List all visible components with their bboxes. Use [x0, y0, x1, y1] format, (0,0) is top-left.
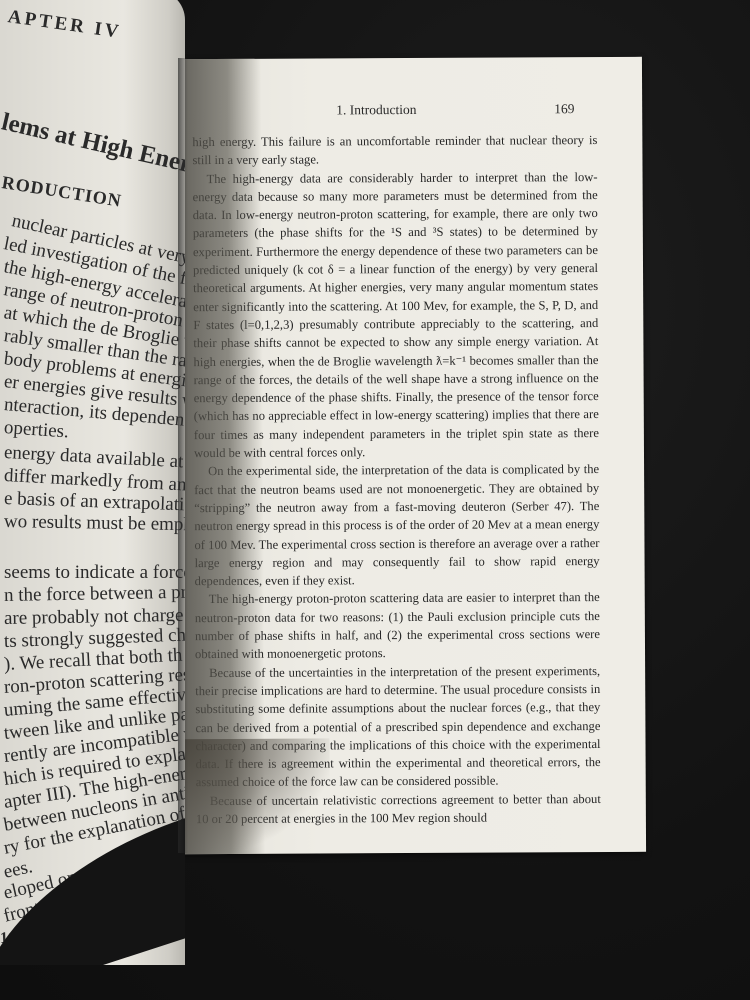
right-page: 1. Introduction 169 high energy. This fa… — [176, 57, 646, 854]
left-page: APTER IV lems at High Energie RODUCTION … — [0, 0, 185, 965]
page-number: 168 — [0, 929, 24, 948]
page-curl-shadow — [179, 738, 330, 854]
page-number: 169 — [554, 101, 574, 117]
chapter-heading: APTER IV — [6, 6, 122, 44]
chapter-title: lems at High Energie — [0, 108, 185, 186]
text-line: wo results must be emphasi — [4, 511, 185, 537]
spine-shadow — [178, 58, 188, 853]
gutter-shadow — [176, 59, 265, 854]
text-line: seems to indicate a force be — [4, 562, 185, 584]
section-heading: RODUCTION — [0, 172, 123, 212]
text-line: n the force between a proton — [4, 581, 185, 607]
running-head-title: 1. Introduction — [336, 102, 416, 118]
text-line: operties. — [3, 417, 69, 443]
